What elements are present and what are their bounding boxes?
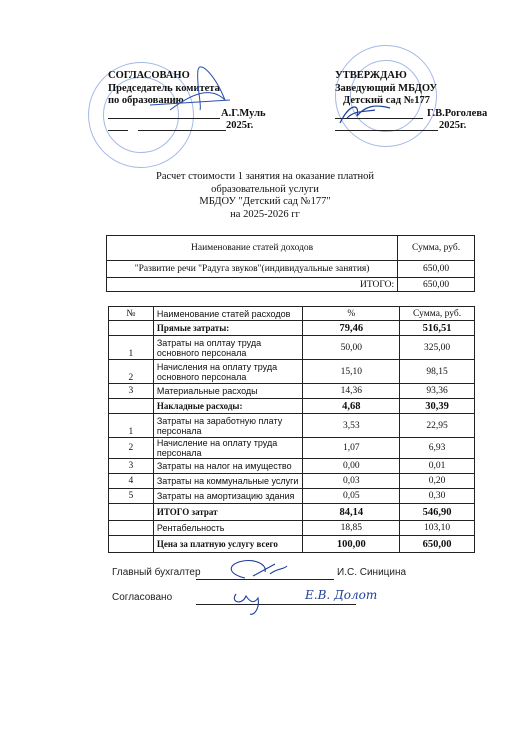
- expense-row-num: 3: [109, 384, 154, 399]
- expense-row-num: 4: [109, 474, 154, 489]
- expense-row-num: 1: [109, 414, 154, 438]
- expense-row-sum: 516,51: [400, 321, 475, 336]
- accountant-label: Главный бухгалтер: [112, 567, 201, 578]
- income-header-name: Наименование статей доходов: [107, 236, 398, 261]
- expense-row-sum: 30,39: [400, 399, 475, 414]
- expense-row-num: [109, 321, 154, 336]
- expense-row: Накладные расходы:4,6830,39: [109, 399, 475, 414]
- expense-header-num: №: [109, 307, 154, 321]
- expense-row-pct: 14,36: [303, 384, 400, 399]
- expense-row-name: Начисление на оплату труда персонала: [153, 438, 303, 459]
- expense-row: 4Затраты на коммунальные услуги0,030,20: [109, 474, 475, 489]
- approval-right-line1: Заведующий МБДОУ: [335, 83, 437, 96]
- document-title: Расчет стоимости 1 занятия на оказание п…: [0, 171, 530, 221]
- expense-row: 5Затраты на амортизацию здания0,050,30: [109, 489, 475, 504]
- expense-header-sum: Сумма, руб.: [400, 307, 475, 321]
- expense-row-name: Начисления на оплату труда основного пер…: [153, 360, 303, 384]
- expense-row-num: 1: [109, 336, 154, 360]
- expense-row: 2Начисления на оплату труда основного пе…: [109, 360, 475, 384]
- expense-row-num: 5: [109, 489, 154, 504]
- income-total-sum: 650,00: [398, 278, 475, 292]
- expense-row-pct: 1,07: [303, 438, 400, 459]
- approval-right-date: 2025г.: [439, 120, 466, 133]
- income-row-sum: 650,00: [398, 261, 475, 278]
- signature-left: [130, 55, 250, 115]
- expense-row: 3Материальные расходы14,3693,36: [109, 384, 475, 399]
- expense-row: Цена за платную услугу всего100,00650,00: [109, 536, 475, 553]
- expense-row-sum: 98,15: [400, 360, 475, 384]
- expense-row-num: [109, 521, 154, 536]
- title-line1: Расчет стоимости 1 занятия на оказание п…: [0, 171, 530, 184]
- title-line3: МБДОУ "Детский сад №177": [0, 196, 530, 209]
- expense-row-pct: 79,46: [303, 321, 400, 336]
- approved-label: Согласовано: [112, 592, 172, 603]
- expense-row-name: Затраты на амортизацию здания: [153, 489, 303, 504]
- accountant-name: И.С. Синицина: [337, 567, 406, 578]
- expense-row-pct: 100,00: [303, 536, 400, 553]
- approval-left-date: 2025г.: [226, 120, 253, 133]
- expense-row-name: Затраты на заработную плату персонала: [153, 414, 303, 438]
- expense-row-sum: 103,10: [400, 521, 475, 536]
- expense-row: 2Начисление на оплату труда персонала1,0…: [109, 438, 475, 459]
- expense-row-name: Цена за платную услугу всего: [153, 536, 303, 553]
- expense-row: 1Затраты на заработную плату персонала3,…: [109, 414, 475, 438]
- expense-row-num: [109, 399, 154, 414]
- expense-row: ИТОГО затрат84,14546,90: [109, 504, 475, 521]
- expense-row-sum: 0,01: [400, 459, 475, 474]
- expense-row-pct: 4,68: [303, 399, 400, 414]
- approval-right-title: УТВЕРЖДАЮ: [335, 70, 437, 83]
- expense-row: 1Затраты на оплтау труда основного персо…: [109, 336, 475, 360]
- expense-row-name: Материальные расходы: [153, 384, 303, 399]
- expense-row-num: [109, 504, 154, 521]
- expense-row-sum: 0,30: [400, 489, 475, 504]
- expense-table: № Наименование статей расходов % Сумма, …: [108, 306, 475, 553]
- expense-row-sum: 6,93: [400, 438, 475, 459]
- expense-row: Прямые затраты:79,46516,51: [109, 321, 475, 336]
- expense-row-sum: 22,95: [400, 414, 475, 438]
- expense-row-pct: 3,53: [303, 414, 400, 438]
- expense-row-pct: 84,14: [303, 504, 400, 521]
- expense-header-pct: %: [303, 307, 400, 321]
- expense-row-sum: 546,90: [400, 504, 475, 521]
- expense-row-pct: 0,05: [303, 489, 400, 504]
- expense-row-pct: 18,85: [303, 521, 400, 536]
- expense-row-pct: 0,00: [303, 459, 400, 474]
- signature-right: [335, 98, 395, 128]
- expense-row-num: 3: [109, 459, 154, 474]
- expense-row-pct: 15,10: [303, 360, 400, 384]
- expense-row-name: Затраты на коммунальные услуги: [153, 474, 303, 489]
- expense-row-sum: 650,00: [400, 536, 475, 553]
- expense-row-name: Рентабельность: [153, 521, 303, 536]
- income-row-name: "Развитие речи "Радуга звуков"(индивидуа…: [107, 261, 398, 278]
- expense-row-name: Прямые затраты:: [153, 321, 303, 336]
- expense-row: Рентабельность18,85103,10: [109, 521, 475, 536]
- income-header-sum: Сумма, руб.: [398, 236, 475, 261]
- title-line4: на 2025-2026 гг: [0, 209, 530, 222]
- expense-row-sum: 0,20: [400, 474, 475, 489]
- expense-header-name: Наименование статей расходов: [153, 307, 303, 321]
- expense-row-num: 2: [109, 438, 154, 459]
- approval-right-signer: Г.В.Роголева: [427, 108, 487, 121]
- expense-row-pct: 50,00: [303, 336, 400, 360]
- expense-row-sum: 325,00: [400, 336, 475, 360]
- expense-row-name: ИТОГО затрат: [153, 504, 303, 521]
- expense-row-name: Затраты на налог на имущество: [153, 459, 303, 474]
- expense-row-sum: 93,36: [400, 384, 475, 399]
- expense-row-pct: 0,03: [303, 474, 400, 489]
- expense-row-num: [109, 536, 154, 553]
- expense-row-name: Накладные расходы:: [153, 399, 303, 414]
- signature-approved: [228, 588, 278, 616]
- expense-row-name: Затраты на оплтау труда основного персон…: [153, 336, 303, 360]
- signature-accountant: [225, 558, 295, 584]
- income-table: Наименование статей доходов Сумма, руб. …: [106, 235, 475, 292]
- title-line2: образовательной услуги: [0, 184, 530, 197]
- income-total-label: ИТОГО:: [107, 278, 398, 292]
- expense-row: 3Затраты на налог на имущество0,000,01: [109, 459, 475, 474]
- expense-row-num: 2: [109, 360, 154, 384]
- approved-signature-name: Е.В. Долот: [305, 588, 377, 602]
